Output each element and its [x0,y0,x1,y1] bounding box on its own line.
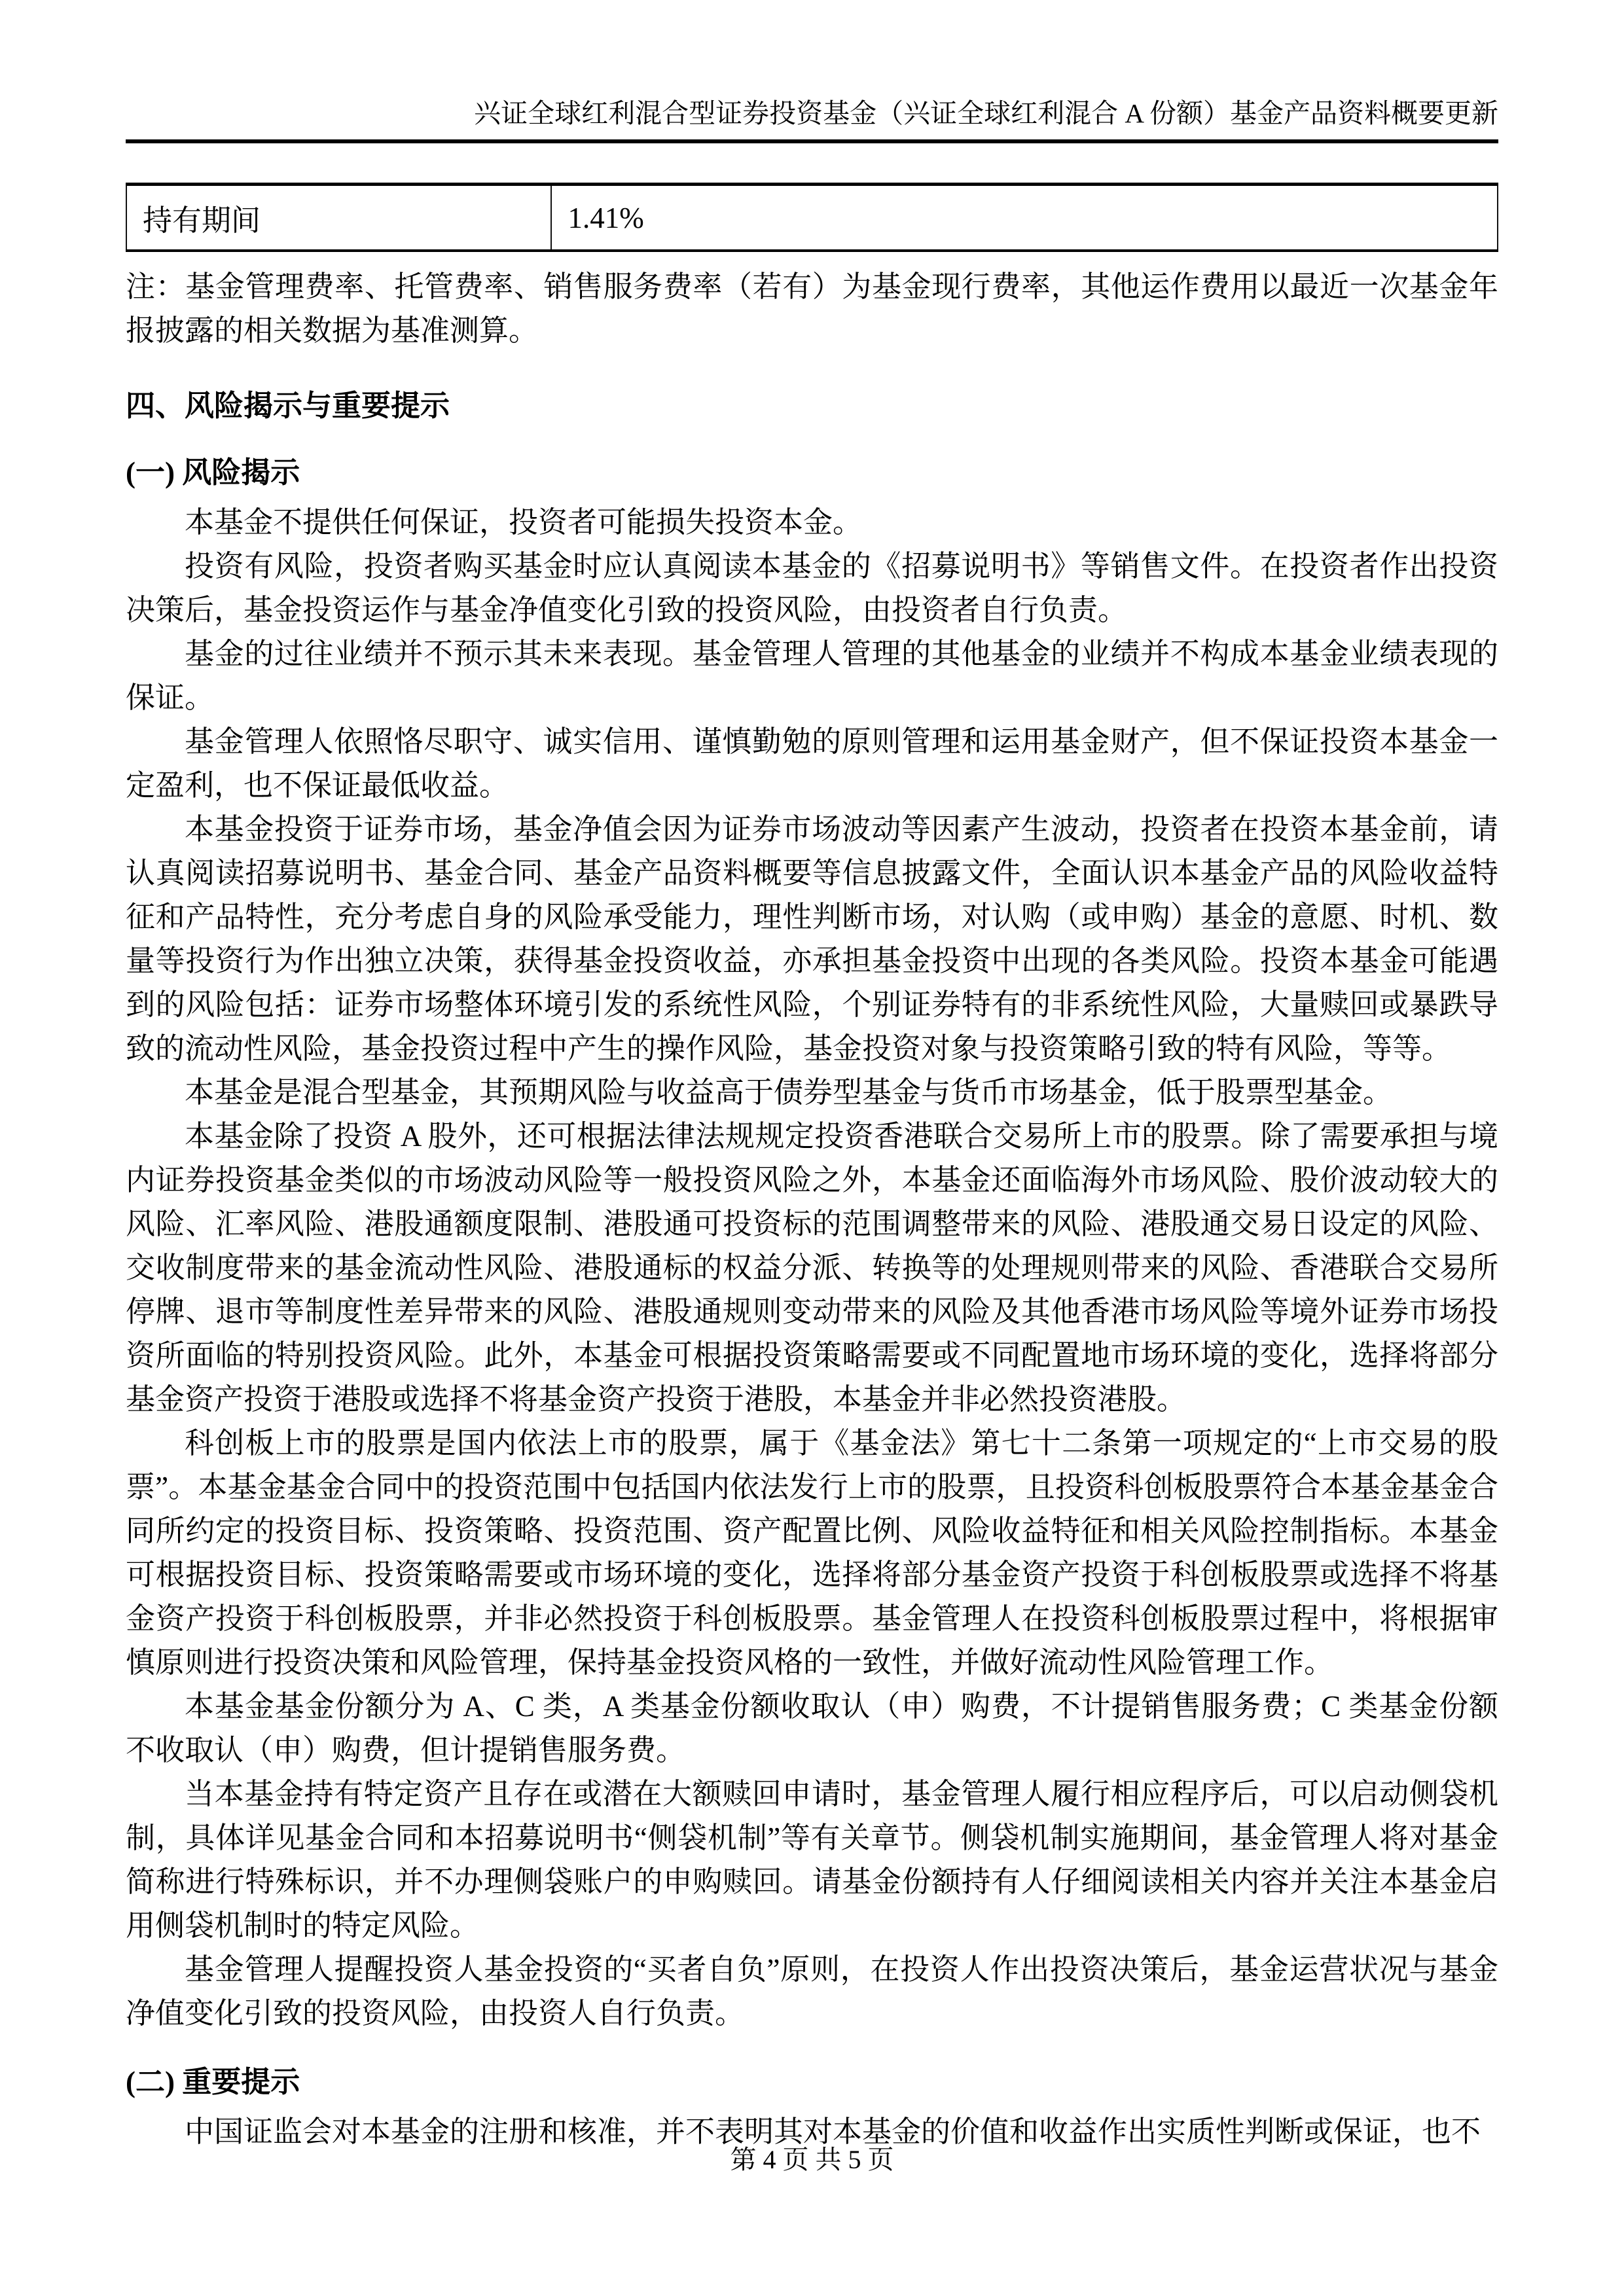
risk-paragraph: 本基金投资于证券市场，基金净值会因为证券市场波动等因素产生波动，投资者在投资本基… [126,808,1498,1071]
risk-paragraph: 基金管理人提醒投资人基金投资的“买者自负”原则，在投资人作出投资决策后，基金运营… [126,1948,1498,2036]
page-number: 第 4 页 共 5 页 [731,2145,894,2174]
risk-paragraph: 本基金基金份额分为 A、C 类，A 类基金份额收取认（申）购费，不计提销售服务费… [126,1685,1498,1772]
page-header: 兴证全球红利混合型证券投资基金（兴证全球红利混合 A 份额）基金产品资料概要更新 [126,0,1498,143]
fee-table: 持有期间 1.41% [126,183,1498,252]
fee-table-note: 注：基金管理费率、托管费率、销售服务费率（若有）为基金现行费率，其他运作费用以最… [126,265,1498,353]
fee-row-label: 持有期间 [126,185,551,251]
page-footer: 第 4 页 共 5 页 [0,2139,1624,2176]
risk-paragraph: 基金管理人依照恪尽职守、诚实信用、谨慎勤勉的原则管理和运用基金财产，但不保证投资… [126,720,1498,808]
risk-paragraph: 基金的过往业绩并不预示其未来表现。基金管理人管理的其他基金的业绩并不构成本基金业… [126,632,1498,720]
risk-paragraph: 本基金是混合型基金，其预期风险与收益高于债券型基金与货币市场基金，低于股票型基金… [126,1071,1498,1115]
subsection-title-risk-disclosure: (一) 风险揭示 [126,452,1498,493]
risk-paragraph: 投资有风险，投资者购买基金时应认真阅读本基金的《招募说明书》等销售文件。在投资者… [126,545,1498,632]
document-page: 兴证全球红利混合型证券投资基金（兴证全球红利混合 A 份额）基金产品资料概要更新… [0,0,1624,2296]
fee-row-value: 1.41% [551,185,1498,251]
subsection-title-important-notice: (二) 重要提示 [126,2062,1498,2102]
risk-paragraph: 科创板上市的股票是国内依法上市的股票，属于《基金法》第七十二条第一项规定的“上市… [126,1422,1498,1685]
risk-paragraph: 本基金除了投资 A 股外，还可根据法律法规规定投资香港联合交易所上市的股票。除了… [126,1115,1498,1422]
risk-paragraph: 本基金不提供任何保证，投资者可能损失投资本金。 [126,501,1498,545]
section-title-risk-and-notice: 四、风险揭示与重要提示 [126,386,1498,426]
header-title: 兴证全球红利混合型证券投资基金（兴证全球红利混合 A 份额）基金产品资料概要更新 [126,97,1498,130]
risk-paragraph: 当本基金持有特定资产且存在或潜在大额赎回申请时，基金管理人履行相应程序后，可以启… [126,1772,1498,1948]
table-row: 持有期间 1.41% [126,185,1498,251]
